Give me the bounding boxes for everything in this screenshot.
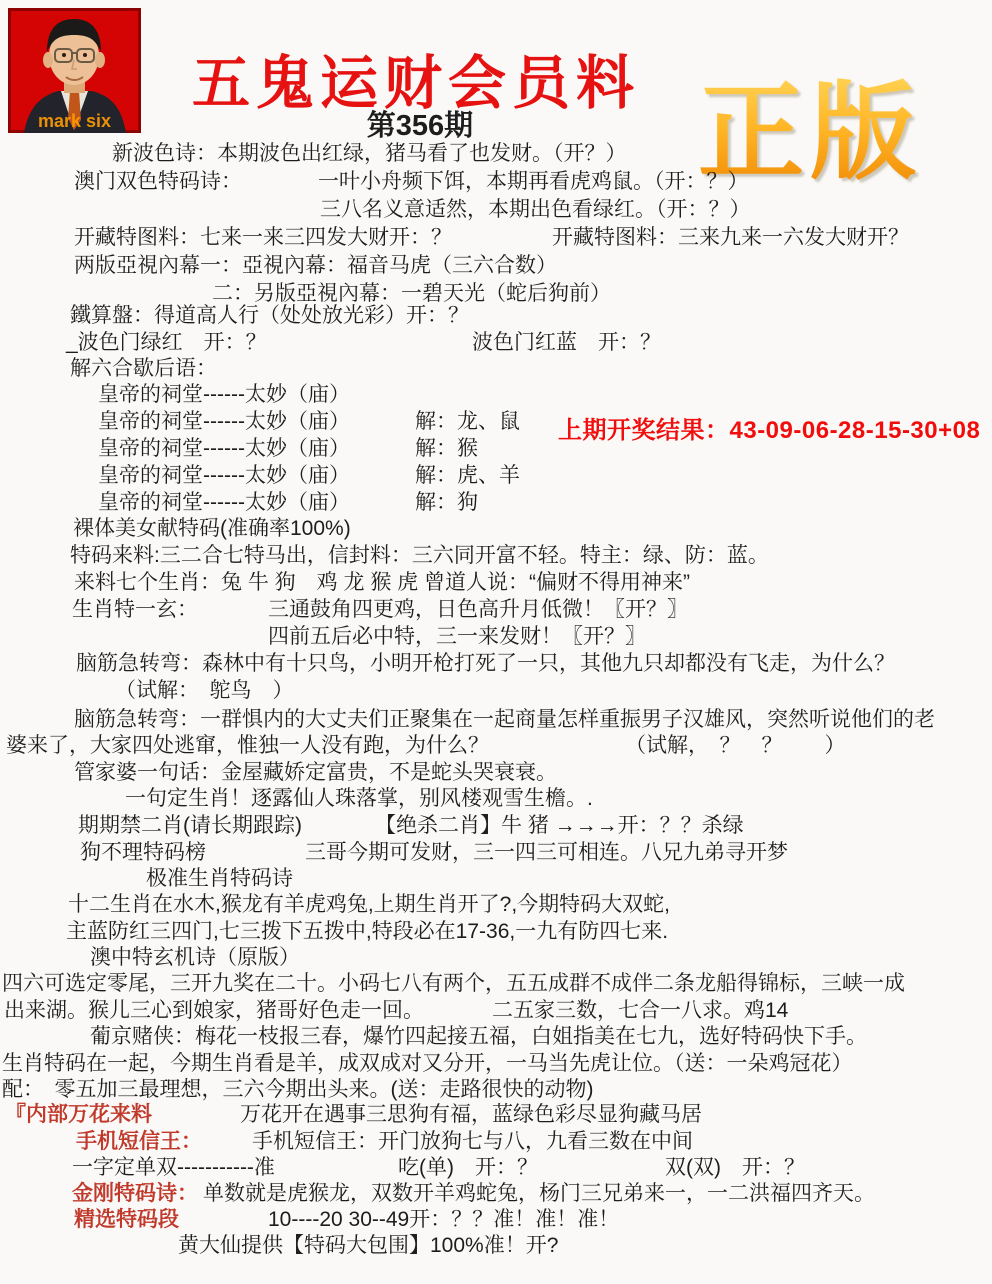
zodiac-mystery-label: 生肖特一玄： [72, 597, 198, 623]
mystery-poem-row-2: 出来湖。猴儿三心到娘家，猪哥好色走一回。 二五家三数，七合一八求。鸡14 [0, 998, 992, 1024]
special-material-row: 特码来料:三二合七特马出，信封料：三六同开富不轻。特主：绿、防：蓝。 [0, 543, 992, 569]
hidden-chart-left: 开藏特图料：七来一来三四发大财开：？ [74, 225, 452, 251]
zodiac-poem-header: 极准生肖特码诗 [146, 866, 293, 892]
housekeeper-row: 管家婆一句话：金屋藏娇定富贵，不是蛇头哭衰衰。 [0, 760, 992, 786]
brain-teaser-1-answer: （试解： 鸵鸟 ） [115, 678, 294, 704]
temple-answer-4: 解：虎、羊 [415, 463, 520, 489]
wanhua-row: 『内部万花来料 万花开在遇事三思狗有福，蓝绿色彩尽显狗藏马居 [0, 1102, 992, 1128]
temple-line-4: 皇帝的祠堂------太妙（庙） [98, 463, 350, 489]
zodiac-poem-row-1: 十二生肖在水木,猴龙有羊虎鸡兔,上期生肖开了?,今期特码大双蛇, [0, 892, 992, 918]
one-sentence-zodiac-line: 一句定生肖！逐露仙人珠落掌，别风楼观雪生檐。. [125, 786, 593, 812]
color-gate-green-red: _波色门绿红 开：？ [66, 330, 267, 356]
selected-range-text: 10----20 30--49开：？？准！准！准！ [268, 1207, 619, 1233]
banned-two-label: 期期禁二肖(请长期跟踪) [78, 813, 302, 839]
double-double-text: 双(双) 开：？ [665, 1155, 805, 1181]
issue-number: 第356期 [320, 103, 520, 144]
mystery-poem-line-2b: 二五家三数，七合一八求。鸡14 [492, 998, 788, 1024]
temple-line-5: 皇帝的祠堂------太妙（庙） [98, 490, 350, 516]
macau-poem-line-2: 三八名义意适然，本期出色看绿红。（开：？） [320, 197, 751, 223]
wanhua-text: 万花开在遇事三思狗有福，蓝绿色彩尽显狗藏马居 [240, 1102, 702, 1128]
temple-row-4: 皇帝的祠堂------太妙（庙） 解：虎、羊 [0, 463, 992, 489]
flyer-page: mark six 五鬼运财会员料 第356期 正版 新波色诗：本期波色出红绿，猪… [0, 0, 992, 1284]
portrait-photo: mark six [8, 8, 141, 133]
macau-mystery-header-row: 澳中特玄机诗（原版） [0, 945, 992, 971]
nude-beauty-row: 裸体美女献特码(准确率100%) [0, 516, 992, 542]
color-gate-row: _波色门绿红 开：？ 波色门红蓝 开：？ [0, 330, 992, 356]
temple-answer-5: 解：狗 [415, 490, 478, 516]
brain-teaser-2b: 婆来了，大家四处逃窜，惟独一人没有跑，为什么？ [6, 733, 489, 759]
zodiac-together-row: 生肖特码在一起，今期生肖看是羊，成双成对又分开，一马当先虎让位。（送：一朵鸡冠花… [0, 1051, 992, 1077]
brain-teaser-row-2b: 婆来了，大家四处逃窜，惟独一人没有跑，为什么？ （试解， ？ ？ ） [0, 733, 992, 759]
pujing-gambler-row: 葡京赌侠：梅花一枝报三春，爆竹四起接五福，白姐指美在七九，选好特码快下手。 [0, 1024, 992, 1050]
zodiac-poem-row-2: 主蓝防红三四门,七三拨下五拨中,特段必在17-36,一九有防四七来. [0, 919, 992, 945]
mystery-poem-row-1: 四六可选定零尾，三开九奖在二十。小码七八有两个，五五成群不成伴二条龙船得锦标，三… [0, 971, 992, 997]
hidden-chart-right: 开藏特图料：三来九来一六发大财开？ [552, 225, 909, 251]
temple-answer-2: 解：龙、鼠 [415, 409, 520, 435]
vajra-poem-label: 金刚特码诗： [72, 1181, 198, 1207]
hidden-chart-row: 开藏特图料：七来一来三四发大财开：？ 开藏特图料：三来九来一六发大财开？ [0, 225, 992, 251]
zodiac-mystery-line-2: 四前五后必中特，三一来发财！〖开？〗 [268, 624, 646, 650]
iron-abacus: 鐵算盤：得道高人行（处处放光彩）开：？ [70, 303, 469, 329]
pairing-row: 配： 零五加三最理想，三六今期出头来。(送：走路很快的动物) [0, 1077, 992, 1103]
vajra-poem-row: 金刚特码诗： 单数就是虎猴龙，双数开羊鸡蛇兔，杨门三兄弟来一，一二洪福四齐天。 [0, 1181, 992, 1207]
zodiac-mystery-row-1: 生肖特一玄： 三通鼓角四更鸡，日色高升月低微！〖开？〗 [0, 597, 992, 623]
sms-king-label: 手机短信王： [76, 1129, 202, 1155]
huangdaxian-row: 黄大仙提供【特码大包围】100%准！开? [0, 1233, 992, 1259]
temple-row-1: 皇帝的祠堂------太妙（庙） [0, 382, 992, 408]
seven-zodiac-line: 来料七个生肖：兔 牛 狗 鸡 龙 猴 虎 曾道人说：“偏财不得用神来” [74, 570, 690, 596]
zodiac-poem-header-row: 极准生肖特码诗 [0, 866, 992, 892]
macau-poem-row-2: 三八名义意适然，本期出色看绿红。（开：？） [0, 197, 992, 223]
last-draw-result: 上期开奖结果：43-09-06-28-15-30+08 [558, 410, 980, 445]
atv-insider-1: 两版亞視內幕一：亞視內幕：福音马虎（三六合数） [74, 253, 557, 279]
temple-answer-3: 解：猴 [415, 436, 478, 462]
riddle-header-row: 解六合歇后语： [0, 356, 992, 382]
huangdaxian-line: 黄大仙提供【特码大包围】100%准！开? [178, 1233, 558, 1259]
single-double-label: 一字定单双-----------准 [72, 1155, 275, 1181]
riddle-header: 解六合歇后语： [70, 356, 217, 382]
seven-zodiac-row: 来料七个生肖：兔 牛 狗 鸡 龙 猴 虎 曾道人说：“偏财不得用神来” [0, 570, 992, 596]
macau-poem-line-1: 一叶小舟频下饵，本期再看虎鸡鼠。（开：？） [318, 169, 749, 195]
color-gate-red-blue: 波色门红蓝 开：？ [472, 330, 661, 356]
macau-poem-label: 澳门双色特码诗： [74, 169, 242, 195]
zodiac-mystery-row-2: 四前五后必中特，三一来发财！〖开？〗 [0, 624, 992, 650]
pairing-line: 配： 零五加三最理想，三六今期出头来。(送：走路很快的动物) [2, 1077, 593, 1103]
sms-king-text: 手机短信王：开门放狗七与八，九看三数在中间 [252, 1129, 693, 1155]
vajra-poem-text: 单数就是虎猴龙，双数开羊鸡蛇兔，杨门三兄弟来一，一二洪福四齐天。 [203, 1181, 875, 1207]
zodiac-poem-line-2: 主蓝防红三四门,七三拨下五拨中,特段必在17-36,一九有防四七来. [66, 919, 668, 945]
selected-range-label: 精选特码段 [74, 1207, 179, 1233]
zodiac-mystery-line-1: 三通鼓角四更鸡，日色高升月低微！〖开？〗 [268, 597, 688, 623]
one-sentence-zodiac-row: 一句定生肖！逐露仙人珠落掌，别风楼观雪生檐。. [0, 786, 992, 812]
iron-abacus-row: 鐵算盤：得道高人行（处处放光彩）开：？ [0, 303, 992, 329]
housekeeper-line: 管家婆一句话：金屋藏娇定富贵，不是蛇头哭衰衰。 [74, 760, 557, 786]
temple-row-5: 皇帝的祠堂------太妙（庙） 解：狗 [0, 490, 992, 516]
macau-poem-row-1: 澳门双色特码诗： 一叶小舟频下饵，本期再看虎鸡鼠。（开：？） [0, 169, 992, 195]
banned-two-row: 期期禁二肖(请长期跟踪) 【绝杀二肖】牛 猪 →→→开：？？杀绿 [0, 813, 992, 839]
temple-line-3: 皇帝的祠堂------太妙（庙） [98, 436, 350, 462]
pujing-gambler-line: 葡京赌侠：梅花一枝报三春，爆竹四起接五福，白姐指美在七九，选好特码快下手。 [90, 1024, 867, 1050]
macau-mystery-header: 澳中特玄机诗（原版） [90, 945, 300, 971]
brain-teaser-2-answer: （试解， ？ ？ ） [625, 733, 846, 759]
eat-single-text: 吃(单) 开：？ [398, 1155, 538, 1181]
zodiac-poem-line-1: 十二生肖在水木,猴龙有羊虎鸡兔,上期生肖开了?,今期特码大双蛇, [68, 892, 670, 918]
new-color-poem-row: 新波色诗：本期波色出红绿，猪马看了也发财。（开？） [0, 141, 992, 167]
goubuli-text: 三哥今期可发财，三一四三可相连。八兄九弟寻开梦 [305, 840, 788, 866]
new-color-poem: 新波色诗：本期波色出红绿，猪马看了也发财。（开？） [112, 141, 627, 167]
brain-teaser-row-2a: 脑筋急转弯：一群惧内的大丈夫们正聚集在一起商量怎样重振男子汉雄风，突然听说他们的… [0, 707, 992, 733]
temple-line-1: 皇帝的祠堂------太妙（庙） [98, 382, 350, 408]
brain-teaser-answer-row-1: （试解： 鸵鸟 ） [0, 678, 992, 704]
banned-two-text: 【绝杀二肖】牛 猪 →→→开：？？杀绿 [375, 813, 744, 839]
single-double-row: 一字定单双-----------准 吃(单) 开：？ 双(双) 开：？ [0, 1155, 992, 1181]
special-material-line: 特码来料:三二合七特马出，信封料：三六同开富不轻。特主：绿、防：蓝。 [70, 543, 769, 569]
temple-line-2: 皇帝的祠堂------太妙（庙） [98, 409, 350, 435]
brain-teaser-1: 脑筋急转弯：森林中有十只鸟，小明开枪打死了一只，其他九只却都没有飞走，为什么？ [76, 651, 895, 677]
selected-range-row: 精选特码段 10----20 30--49开：？？准！准！准！ [0, 1207, 992, 1233]
nude-beauty-line: 裸体美女献特码(准确率100%) [73, 516, 351, 542]
atv-insider-row-1: 两版亞視內幕一：亞視內幕：福音马虎（三六合数） [0, 253, 992, 279]
photo-watermark-text: mark six [38, 111, 111, 131]
wanhua-label: 『内部万花来料 [5, 1102, 152, 1128]
mystery-poem-line-1: 四六可选定零尾，三开九奖在二十。小码七八有两个，五五成群不成伴二条龙船得锦标，三… [2, 971, 905, 997]
brain-teaser-row-1: 脑筋急转弯：森林中有十只鸟，小明开枪打死了一只，其他九只却都没有飞走，为什么？ [0, 651, 992, 677]
brain-teaser-2a: 脑筋急转弯：一群惧内的大丈夫们正聚集在一起商量怎样重振男子汉雄风，突然听说他们的… [74, 707, 935, 733]
sms-king-row: 手机短信王： 手机短信王：开门放狗七与八，九看三数在中间 [0, 1129, 992, 1155]
mystery-poem-line-2a: 出来湖。猴儿三心到娘家，猪哥好色走一回。 [4, 998, 424, 1024]
goubuli-row: 狗不理特码榜 三哥今期可发财，三一四三可相连。八兄九弟寻开梦 [0, 840, 992, 866]
goubuli-label: 狗不理特码榜 [80, 840, 206, 866]
zodiac-together-line: 生肖特码在一起，今期生肖看是羊，成双成对又分开，一马当先虎让位。（送：一朵鸡冠花… [2, 1051, 853, 1077]
